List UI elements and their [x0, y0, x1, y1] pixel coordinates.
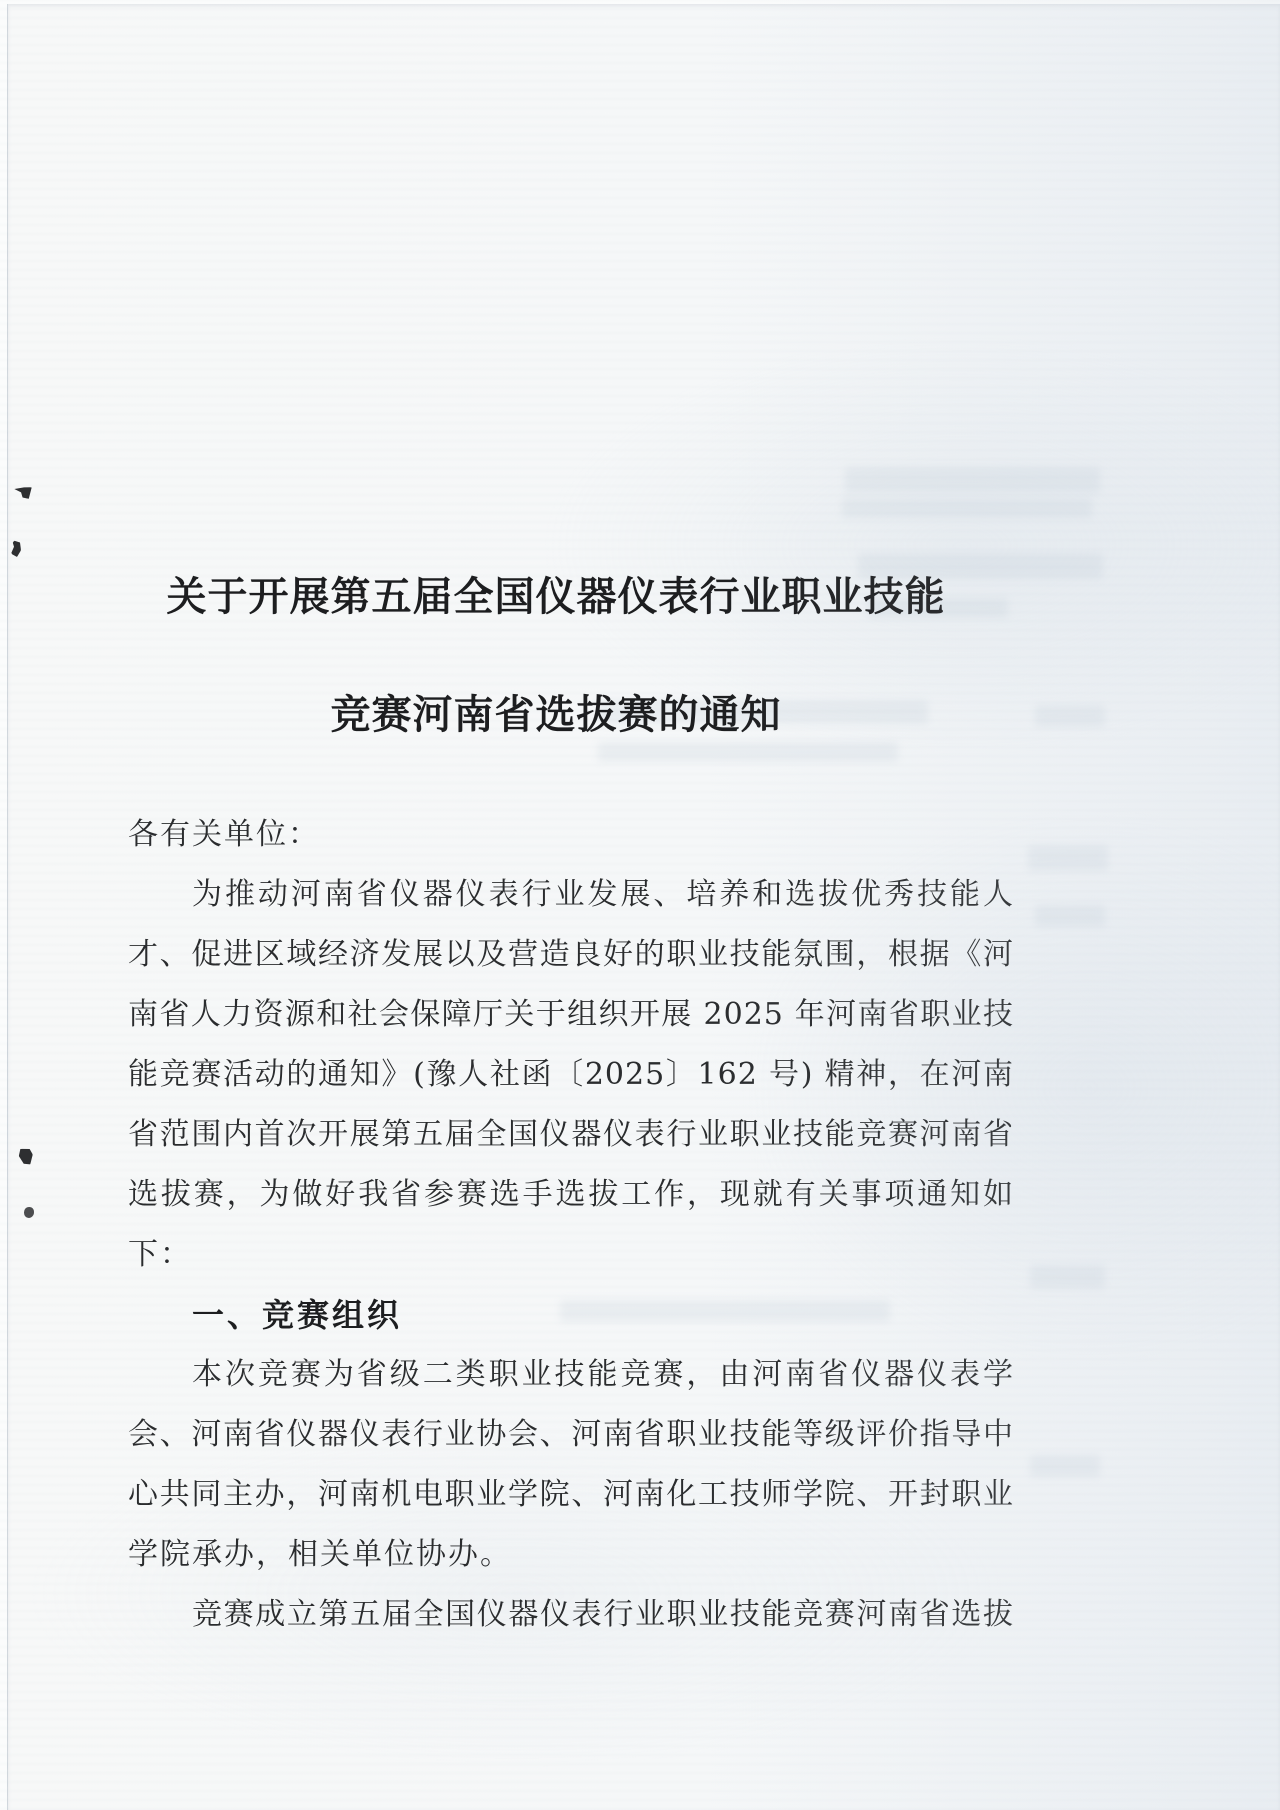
document-title-line-1: 关于开展第五届全国仪器仪表行业职业技能 — [120, 566, 992, 628]
section-heading: 一、竞赛组织 — [128, 1285, 1014, 1345]
body-line: 心共同主办，河南机电职业学院、河南化工技师学院、开封职业 — [128, 1465, 1014, 1525]
salutation: 各有关单位： — [128, 805, 1014, 865]
body-line: 选拔赛，为做好我省参赛选手选拔工作，现就有关事项通知如 — [128, 1165, 1014, 1225]
scanned-document: 关于开展第五届全国仪器仪表行业职业技能 竞赛河南省选拔赛的通知 各有关单位： 为… — [0, 0, 1280, 1810]
document-title-line-2: 竞赛河南省选拔赛的通知 — [120, 684, 992, 746]
body-line: 能竞赛活动的通知》(豫人社函〔2025〕162 号) 精神，在河南 — [128, 1045, 1014, 1105]
body-line: 会、河南省仪器仪表行业协会、河南省职业技能等级评价指导中 — [128, 1405, 1014, 1465]
body-line: 才、促进区域经济发展以及营造良好的职业技能氛围，根据《河 — [128, 925, 1014, 985]
body-line: 下： — [128, 1225, 1014, 1285]
document-body: 各有关单位： 为推动河南省仪器仪表行业发展、培养和选拔优秀技能人 才、促进区域经… — [128, 805, 1014, 1645]
body-line: 学院承办，相关单位协办。 — [128, 1525, 1014, 1585]
body-line: 省范围内首次开展第五届全国仪器仪表行业职业技能竞赛河南省 — [128, 1105, 1014, 1165]
bleed-through-artifact — [1030, 1265, 1105, 1289]
bleed-through-artifact — [845, 467, 1100, 493]
bleed-through-artifact — [1028, 845, 1108, 871]
bleed-through-artifact — [1035, 905, 1105, 927]
body-line: 南省人力资源和社会保障厅关于组织开展 2025 年河南省职业技 — [128, 985, 1014, 1045]
bleed-through-artifact — [1030, 1455, 1100, 1477]
bleed-through-artifact — [1035, 705, 1105, 727]
bleed-through-artifact — [842, 498, 1092, 518]
body-line: 为推动河南省仪器仪表行业发展、培养和选拔优秀技能人 — [128, 865, 1014, 925]
body-line: 竞赛成立第五届全国仪器仪表行业职业技能竞赛河南省选拔 — [128, 1585, 1014, 1645]
body-line: 本次竞赛为省级二类职业技能竞赛，由河南省仪器仪表学 — [128, 1345, 1014, 1405]
